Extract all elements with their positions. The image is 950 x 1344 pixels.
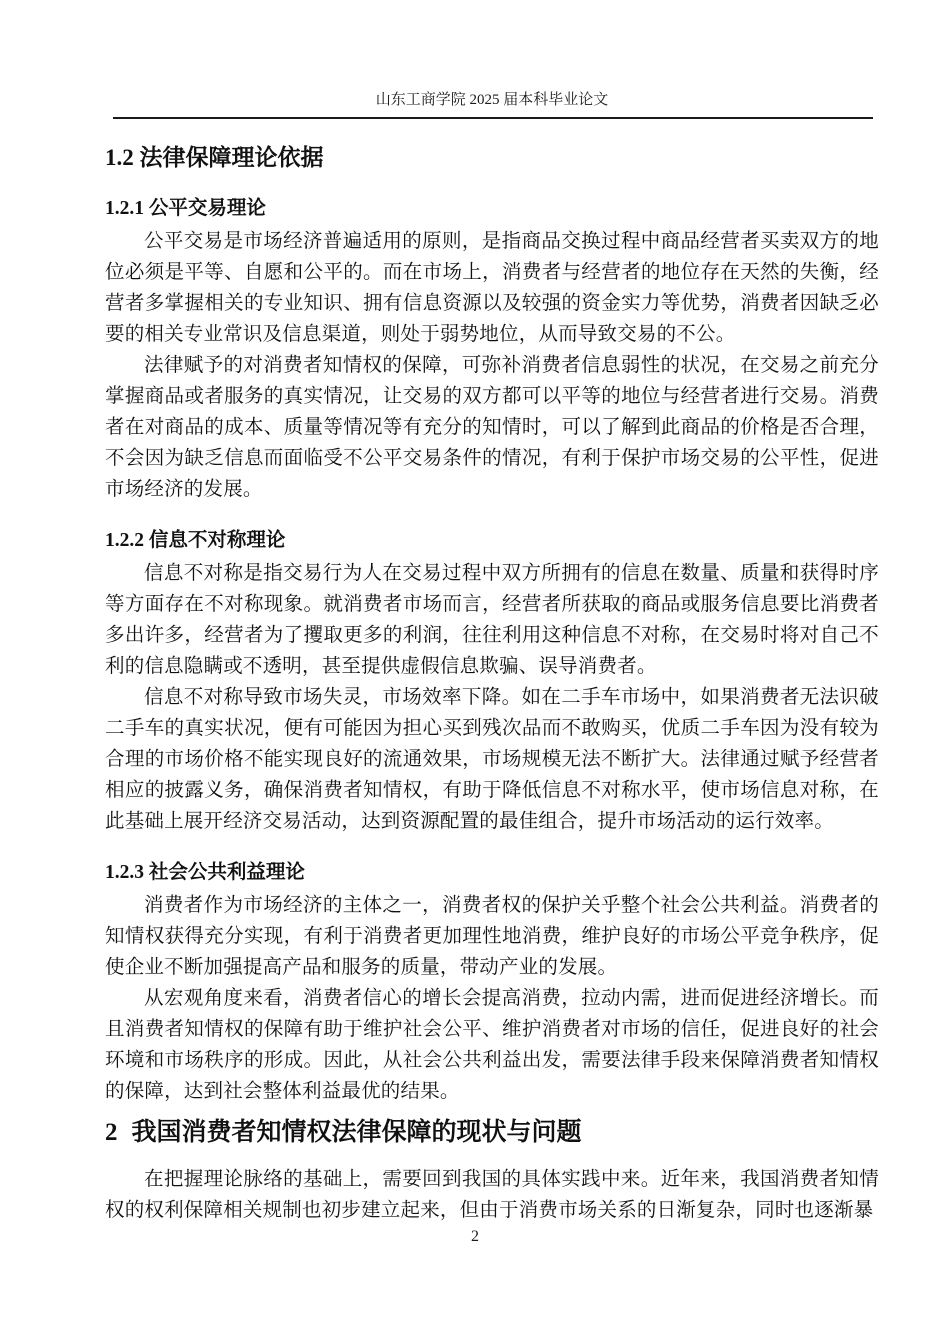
subsection-heading-1-2-3: 1.2.3 社会公共利益理论 (105, 860, 879, 885)
paragraph: 公平交易是市场经济普遍适用的原则，是指商品交换过程中商品经营者买卖双方的地位必须… (105, 226, 879, 350)
paragraph: 信息不对称导致市场失灵，市场效率下降。如在二手车市场中，如果消费者无法识破二手车… (105, 682, 879, 837)
subsection-heading-1-2-2: 1.2.2 信息不对称理论 (105, 528, 879, 553)
paragraph: 信息不对称是指交易行为人在交易过程中双方所拥有的信息在数量、质量和获得时序等方面… (105, 558, 879, 682)
page-content: 山东工商学院 2025 届本科毕业论文 1.2 法律保障理论依据 1.2.1 公… (105, 0, 879, 1226)
page-number: 2 (0, 1227, 950, 1247)
paragraph: 在把握理论脉络的基础上，需要回到我国的具体实践中来。近年来，我国消费者知情权的权… (105, 1164, 879, 1226)
running-header: 山东工商学院 2025 届本科毕业论文 (105, 90, 879, 117)
chapter-title: 我国消费者知情权法律保障的现状与问题 (132, 1118, 582, 1146)
chapter-number: 2 (105, 1119, 118, 1146)
paragraph: 法律赋予的对消费者知情权的保障，可弥补消费者信息弱性的状况，在交易之前充分掌握商… (105, 350, 879, 505)
section-heading-1-2: 1.2 法律保障理论依据 (105, 143, 879, 173)
chapter-heading-2: 2我国消费者知情权法律保障的现状与问题 (105, 1116, 879, 1149)
paragraph: 消费者作为市场经济的主体之一，消费者权的保护关乎整个社会公共利益。消费者的知情权… (105, 890, 879, 983)
paragraph: 从宏观角度来看，消费者信心的增长会提高消费，拉动内需，进而促进经济增长。而且消费… (105, 983, 879, 1107)
thesis-page: 山东工商学院 2025 届本科毕业论文 1.2 法律保障理论依据 1.2.1 公… (0, 0, 950, 1344)
header-rule (113, 117, 873, 119)
subsection-heading-1-2-1: 1.2.1 公平交易理论 (105, 196, 879, 221)
